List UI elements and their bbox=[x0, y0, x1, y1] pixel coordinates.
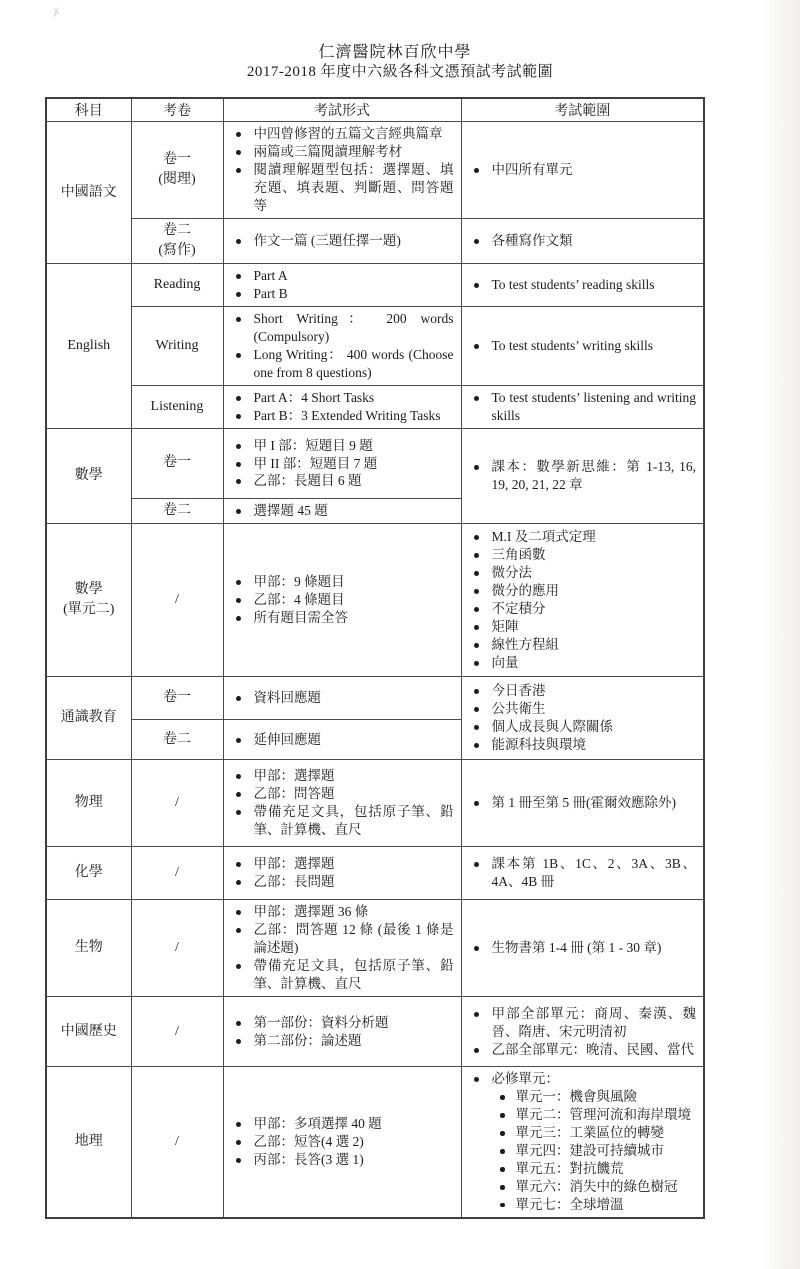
bullet-icon bbox=[462, 232, 492, 244]
scope-item: 公共衛生 bbox=[462, 700, 702, 718]
subject-cell: 生物 bbox=[46, 900, 131, 997]
format-item: 中四曾修習的五篇文言經典篇章 bbox=[224, 125, 459, 143]
scope-item: 甲部全部單元：商周、秦漢、魏晉、隋唐、宋元明清初 bbox=[462, 1005, 702, 1041]
format-item-list: Part APart B bbox=[224, 267, 459, 303]
format-item-text: 甲部：選擇題 36 條 bbox=[254, 903, 459, 921]
format-item: Part B bbox=[224, 285, 459, 303]
scope-item-list: To test students’ reading skills bbox=[462, 276, 702, 294]
scope-item-list: 必修單元：單元一：機會與風險單元二：管理河流和海岸環境單元三：工業區位的轉變單元… bbox=[462, 1070, 702, 1214]
scope-item: 三角函數 bbox=[462, 546, 702, 564]
format-item: Short Writing： 200 words (Compulsory) bbox=[224, 310, 459, 346]
format-cell: 延伸回應題 bbox=[223, 720, 461, 760]
scope-item: 第 1 冊至第 5 冊(霍爾效應除外) bbox=[462, 794, 702, 812]
scope-item-sub: 單元七：全球增溫 bbox=[490, 1196, 702, 1214]
format-cell: 甲部：選擇題乙部：長問題 bbox=[223, 847, 461, 900]
bullet-icon bbox=[490, 1178, 516, 1190]
format-item-list: 第一部份：資料分析題第二部份：論述題 bbox=[224, 1014, 459, 1050]
header-format: 考試形式 bbox=[223, 98, 461, 122]
table-row: 物理/甲部：選擇題乙部：問答題帶備充足文具，包括原子筆、鉛筆、計算機、直尺第 1… bbox=[46, 760, 704, 847]
format-item: Part A bbox=[224, 267, 459, 285]
bullet-icon bbox=[224, 455, 254, 467]
cell-line: 數學 bbox=[49, 580, 129, 600]
bullet-icon bbox=[224, 1115, 254, 1127]
scope-item-text: 微分法 bbox=[492, 564, 702, 582]
bullet-icon bbox=[224, 1014, 254, 1026]
paper-cell: / bbox=[131, 900, 223, 997]
scope-cell: 甲部全部單元：商周、秦漢、魏晉、隋唐、宋元明清初乙部全部單元：晚清、民國、當代 bbox=[461, 997, 704, 1067]
bullet-icon bbox=[462, 564, 492, 576]
scope-cell: 生物書第 1-4 冊 (第 1 - 30 章) bbox=[461, 900, 704, 997]
format-item-text: 選擇題 45 題 bbox=[254, 502, 459, 520]
bullet-icon bbox=[224, 502, 254, 514]
scope-item-text: 今日香港 bbox=[492, 682, 702, 700]
scope-cell: To test students’ reading skills bbox=[461, 264, 704, 307]
scope-item-text: 公共衛生 bbox=[492, 700, 702, 718]
scope-item-sublist: 單元一：機會與風險單元二：管理河流和海岸環境單元三：工業區位的轉變單元四：建設可… bbox=[490, 1088, 702, 1214]
subject-cell: English bbox=[46, 264, 131, 429]
format-item-text: 乙部：問答題 12 條 (最後 1 條是論述題) bbox=[254, 921, 459, 957]
format-cell: 甲部：9 條題目乙部：4 條題目所有題目需全答 bbox=[223, 524, 461, 677]
format-item-list: Short Writing： 200 words (Compulsory)Lon… bbox=[224, 310, 459, 382]
scope-item-sub: 單元三：工業區位的轉變 bbox=[490, 1124, 702, 1142]
format-item-text: 乙部：4 條題目 bbox=[254, 591, 459, 609]
scope-item-text: 微分的應用 bbox=[492, 582, 702, 600]
format-item-list: 選擇題 45 題 bbox=[224, 502, 459, 520]
bullet-icon bbox=[490, 1088, 516, 1100]
scope-item: M.I 及二項式定理 bbox=[462, 528, 702, 546]
bullet-icon bbox=[224, 591, 254, 603]
scope-cell: 今日香港公共衛生個人成長與人際關係能源科技與環境 bbox=[461, 677, 704, 760]
format-item: 選擇題 45 題 bbox=[224, 502, 459, 520]
format-item-text: 閱讀理解題型包括：選擇題、填充題、填表題、判斷題、問答題等 bbox=[254, 161, 459, 215]
bullet-icon bbox=[224, 437, 254, 449]
cell-line: 物理 bbox=[49, 793, 129, 813]
bullet-icon bbox=[224, 803, 254, 815]
table-row: 數學卷一甲 I 部：短題目 9 題甲 II 部：短題目 7 題乙部：長題目 6 … bbox=[46, 428, 704, 498]
paper-cell: 卷二(寫作) bbox=[131, 218, 223, 264]
subject-cell: 數學 bbox=[46, 428, 131, 523]
scope-item-sub-text: 單元四：建設可持續城市 bbox=[516, 1142, 702, 1160]
scope-item-list: 課本第 1B、1C、2、3A、3B、4A、4B 冊 bbox=[462, 855, 702, 891]
table-row: 通識教育卷一資料回應題今日香港公共衛生個人成長與人際關係能源科技與環境 bbox=[46, 677, 704, 720]
table-row: 卷二(寫作)作文一篇 (三題任擇一題)各種寫作文類 bbox=[46, 218, 704, 264]
format-item-text: 甲部：9 條題目 bbox=[254, 573, 459, 591]
table-row: 數學(單元二)/甲部：9 條題目乙部：4 條題目所有題目需全答M.I 及二項式定… bbox=[46, 524, 704, 677]
bullet-icon bbox=[462, 582, 492, 594]
scope-item-sub-text: 單元一：機會與風險 bbox=[516, 1088, 702, 1106]
format-item-text: 所有題目需全答 bbox=[254, 609, 459, 627]
scope-item: 各種寫作文類 bbox=[462, 232, 702, 250]
paper-cell: / bbox=[131, 997, 223, 1067]
header-subject: 科目 bbox=[46, 98, 131, 122]
format-item-text: Part B bbox=[254, 285, 459, 303]
bullet-icon bbox=[462, 1070, 492, 1082]
cell-line: / bbox=[134, 863, 221, 883]
scope-item-text: 課本：數學新思維：第 1-13, 16, 19, 20, 21, 22 章 bbox=[492, 458, 702, 494]
subject-cell: 中國語文 bbox=[46, 122, 131, 264]
format-item: 乙部：4 條題目 bbox=[224, 591, 459, 609]
bullet-icon bbox=[462, 161, 492, 173]
scope-item-text: To test students’ writing skills bbox=[492, 337, 702, 355]
format-item-text: Short Writing： 200 words (Compulsory) bbox=[254, 310, 459, 346]
scope-item-text: 能源科技與環境 bbox=[492, 736, 702, 754]
bullet-icon bbox=[224, 407, 254, 419]
bullet-icon bbox=[224, 389, 254, 401]
scope-item-text: 中四所有單元 bbox=[492, 161, 702, 179]
bullet-icon bbox=[224, 161, 254, 173]
subject-cell: 中國歷史 bbox=[46, 997, 131, 1067]
scope-cell: 中四所有單元 bbox=[461, 122, 704, 219]
scope-item: 微分法 bbox=[462, 564, 702, 582]
bullet-icon bbox=[490, 1106, 516, 1118]
scan-artifact-mark: ✗ bbox=[51, 5, 63, 20]
scope-item-text: 個人成長與人際關係 bbox=[492, 718, 702, 736]
format-item-list: 延伸回應題 bbox=[224, 731, 459, 749]
scope-cell: M.I 及二項式定理三角函數微分法微分的應用不定積分矩陣線性方程組向量 bbox=[461, 524, 704, 677]
cell-line: 卷一 bbox=[134, 688, 221, 708]
scope-item-text: 必修單元： bbox=[492, 1070, 702, 1088]
bullet-icon bbox=[224, 767, 254, 779]
format-item-list: 甲部：選擇題乙部：問答題帶備充足文具，包括原子筆、鉛筆、計算機、直尺 bbox=[224, 767, 459, 839]
format-cell: 甲 I 部：短題目 9 題甲 II 部：短題目 7 題乙部：長題目 6 題 bbox=[223, 428, 461, 498]
format-item: 延伸回應題 bbox=[224, 731, 459, 749]
scope-item: To test students’ listening and writing … bbox=[462, 389, 702, 425]
scope-item: 乙部全部單元：晚清、民國、當代 bbox=[462, 1041, 702, 1059]
bullet-icon bbox=[462, 528, 492, 540]
scope-cell: 第 1 冊至第 5 冊(霍爾效應除外) bbox=[461, 760, 704, 847]
format-item: 甲部：選擇題 bbox=[224, 855, 459, 873]
scope-cell: 課本：數學新思維：第 1-13, 16, 19, 20, 21, 22 章 bbox=[461, 428, 704, 523]
cell-line: / bbox=[134, 938, 221, 958]
cell-line: 通識教育 bbox=[49, 708, 129, 728]
scope-item: 向量 bbox=[462, 654, 702, 672]
scope-item-sub-text: 單元七：全球增溫 bbox=[516, 1196, 702, 1214]
scope-item-text: 甲部全部單元：商周、秦漢、魏晉、隋唐、宋元明清初 bbox=[492, 1005, 702, 1041]
page-title: 仁濟醫院林百欣中學 bbox=[0, 39, 790, 62]
format-item: 第一部份：資料分析題 bbox=[224, 1014, 459, 1032]
format-item-text: 帶備充足文具，包括原子筆、鉛筆、計算機、直尺 bbox=[254, 803, 459, 839]
paper-cell: / bbox=[131, 1067, 223, 1218]
table-row: 生物/甲部：選擇題 36 條乙部：問答題 12 條 (最後 1 條是論述題)帶備… bbox=[46, 900, 704, 997]
format-item-text: 資料回應題 bbox=[254, 689, 459, 707]
scope-cell: To test students’ listening and writing … bbox=[461, 386, 704, 429]
scope-item-text: 三角函數 bbox=[492, 546, 702, 564]
format-item-text: 乙部：問答題 bbox=[254, 785, 459, 803]
scope-item-list: 甲部全部單元：商周、秦漢、魏晉、隋唐、宋元明清初乙部全部單元：晚清、民國、當代 bbox=[462, 1005, 702, 1059]
bullet-icon bbox=[462, 276, 492, 288]
format-item-text: Part B：3 Extended Writing Tasks bbox=[254, 407, 459, 425]
bullet-icon bbox=[224, 310, 254, 322]
bullet-icon bbox=[224, 785, 254, 797]
exam-scope-table: 科目 考卷 考試形式 考試範圍 中國語文卷一(閱理)中四曾修習的五篇文言經典篇章… bbox=[45, 97, 705, 1219]
scope-item-list: 第 1 冊至第 5 冊(霍爾效應除外) bbox=[462, 794, 702, 812]
cell-line: 化學 bbox=[49, 863, 129, 883]
format-cell: 甲部：選擇題 36 條乙部：問答題 12 條 (最後 1 條是論述題)帶備充足文… bbox=[223, 900, 461, 997]
paper-cell: / bbox=[131, 847, 223, 900]
scope-item: 生物書第 1-4 冊 (第 1 - 30 章) bbox=[462, 939, 702, 957]
bullet-icon bbox=[224, 957, 254, 969]
bullet-icon bbox=[224, 285, 254, 297]
scope-item-list: 各種寫作文類 bbox=[462, 232, 702, 250]
cell-line: Writing bbox=[134, 336, 221, 356]
format-item-text: 乙部：長題目 6 題 bbox=[254, 472, 459, 490]
format-item: 資料回應題 bbox=[224, 689, 459, 707]
format-cell: Part A：4 Short TasksPart B：3 Extended Wr… bbox=[223, 386, 461, 429]
format-item-text: 甲 I 部：短題目 9 題 bbox=[254, 437, 459, 455]
scope-item-text: 不定積分 bbox=[492, 600, 702, 618]
scope-item: 中四所有單元 bbox=[462, 161, 702, 179]
table-row: 地理/甲部：多項選擇 40 題乙部：短答(4 選 2)丙部：長答(3 選 1)必… bbox=[46, 1067, 704, 1218]
cell-line: / bbox=[134, 590, 221, 610]
bullet-icon bbox=[462, 1005, 492, 1017]
format-item: 乙部：長題目 6 題 bbox=[224, 472, 459, 490]
scope-item-text: To test students’ listening and writing … bbox=[492, 389, 702, 425]
format-item-list: 甲部：選擇題乙部：長問題 bbox=[224, 855, 459, 891]
scope-item-sub: 單元一：機會與風險 bbox=[490, 1088, 702, 1106]
bullet-icon bbox=[462, 618, 492, 630]
format-cell: 選擇題 45 題 bbox=[223, 498, 461, 523]
table-row: 中國歷史/第一部份：資料分析題第二部份：論述題甲部全部單元：商周、秦漢、魏晉、隋… bbox=[46, 997, 704, 1067]
bullet-icon bbox=[224, 232, 254, 244]
table-row: ListeningPart A：4 Short TasksPart B：3 Ex… bbox=[46, 386, 704, 429]
bullet-icon bbox=[224, 143, 254, 155]
format-item-list: 甲部：選擇題 36 條乙部：問答題 12 條 (最後 1 條是論述題)帶備充足文… bbox=[224, 903, 459, 993]
format-item-list: 資料回應題 bbox=[224, 689, 459, 707]
bullet-icon bbox=[462, 1041, 492, 1053]
bullet-icon bbox=[224, 1133, 254, 1145]
scope-item: To test students’ writing skills bbox=[462, 337, 702, 355]
format-item-text: 甲部：多項選擇 40 題 bbox=[254, 1115, 459, 1133]
scope-cell: 各種寫作文類 bbox=[461, 218, 704, 264]
scope-cell: 必修單元：單元一：機會與風險單元二：管理河流和海岸環境單元三：工業區位的轉變單元… bbox=[461, 1067, 704, 1218]
scope-item-list: 課本：數學新思維：第 1-13, 16, 19, 20, 21, 22 章 bbox=[462, 458, 702, 494]
paper-cell: / bbox=[131, 760, 223, 847]
format-item-text: 延伸回應題 bbox=[254, 731, 459, 749]
scope-item: 課本第 1B、1C、2、3A、3B、4A、4B 冊 bbox=[462, 855, 702, 891]
scope-item-sub-text: 單元六：消失中的綠色樹冠 bbox=[516, 1178, 702, 1196]
scope-item: 不定積分 bbox=[462, 600, 702, 618]
bullet-icon bbox=[224, 472, 254, 484]
format-item: 乙部：問答題 bbox=[224, 785, 459, 803]
paper-cell: / bbox=[131, 524, 223, 677]
format-item-text: 帶備充足文具，包括原子筆、鉛筆、計算機、直尺 bbox=[254, 957, 459, 993]
format-item-text: Part A bbox=[254, 267, 459, 285]
format-item: 第二部份：論述題 bbox=[224, 1032, 459, 1050]
cell-line: Reading bbox=[134, 275, 221, 295]
cell-line: 中國歷史 bbox=[49, 1022, 129, 1042]
subject-cell: 通識教育 bbox=[46, 677, 131, 760]
format-item: 甲部：選擇題 bbox=[224, 767, 459, 785]
cell-line: 卷二 bbox=[134, 221, 221, 241]
scope-item: 課本：數學新思維：第 1-13, 16, 19, 20, 21, 22 章 bbox=[462, 458, 702, 494]
bullet-icon bbox=[224, 903, 254, 915]
bullet-icon bbox=[462, 337, 492, 349]
format-item: 甲 II 部：短題目 7 題 bbox=[224, 455, 459, 473]
bullet-icon bbox=[224, 689, 254, 701]
cell-line: Listening bbox=[134, 397, 221, 417]
bullet-icon bbox=[490, 1196, 516, 1208]
paper-cell: Listening bbox=[131, 386, 223, 429]
format-item: 乙部：長問題 bbox=[224, 873, 459, 891]
cell-line: English bbox=[49, 336, 129, 356]
format-item-list: 甲部：9 條題目乙部：4 條題目所有題目需全答 bbox=[224, 573, 459, 627]
scope-item-sub: 單元五：對抗饑荒 bbox=[490, 1160, 702, 1178]
format-item-list: 中四曾修習的五篇文言經典篇章兩篇或三篇閱讀理解考材閱讀理解題型包括：選擇題、填充… bbox=[224, 125, 459, 215]
format-item-text: 乙部：短答(4 選 2) bbox=[254, 1133, 459, 1151]
format-item: 甲 I 部：短題目 9 題 bbox=[224, 437, 459, 455]
cell-line: / bbox=[134, 1022, 221, 1042]
scope-item: 線性方程組 bbox=[462, 636, 702, 654]
format-item: 閱讀理解題型包括：選擇題、填充題、填表題、判斷題、問答題等 bbox=[224, 161, 459, 215]
scope-item-sub-text: 單元二：管理河流和海岸環境 bbox=[516, 1106, 702, 1124]
bullet-icon bbox=[224, 873, 254, 885]
scope-item-sub-text: 單元三：工業區位的轉變 bbox=[516, 1124, 702, 1142]
paper-cell: 卷一 bbox=[131, 677, 223, 720]
header-scope: 考試範圍 bbox=[461, 98, 704, 122]
scope-item-list: To test students’ writing skills bbox=[462, 337, 702, 355]
scope-item-text: M.I 及二項式定理 bbox=[492, 528, 702, 546]
scope-item-list: M.I 及二項式定理三角函數微分法微分的應用不定積分矩陣線性方程組向量 bbox=[462, 528, 702, 672]
bullet-icon bbox=[490, 1142, 516, 1154]
bullet-icon bbox=[462, 794, 492, 806]
subject-cell: 數學(單元二) bbox=[46, 524, 131, 677]
bullet-icon bbox=[462, 718, 492, 730]
format-item-text: 甲部：選擇題 bbox=[254, 767, 459, 785]
subject-cell: 地理 bbox=[46, 1067, 131, 1218]
scope-item-list: 中四所有單元 bbox=[462, 161, 702, 179]
scope-item-text: 矩陣 bbox=[492, 618, 702, 636]
scanned-page: ✗ 仁濟醫院林百欣中學 2017-2018 年度中六級各科文憑預試考試範圍 科目… bbox=[0, 0, 800, 1269]
scope-item-text: 第 1 冊至第 5 冊(霍爾效應除外) bbox=[492, 794, 702, 812]
paper-cell: 卷一(閱理) bbox=[131, 122, 223, 219]
format-item-text: Part A：4 Short Tasks bbox=[254, 389, 459, 407]
format-cell: 資料回應題 bbox=[223, 677, 461, 720]
format-item: 甲部：選擇題 36 條 bbox=[224, 903, 459, 921]
bullet-icon bbox=[462, 636, 492, 648]
bullet-icon bbox=[224, 731, 254, 743]
cell-line: (寫作) bbox=[134, 241, 221, 261]
format-item-list: 作文一篇 (三題任擇一題) bbox=[224, 232, 459, 250]
scope-item-text: To test students’ reading skills bbox=[492, 276, 702, 294]
format-item-text: Long Writing： 400 words (Choose one from… bbox=[254, 346, 459, 382]
bullet-icon bbox=[224, 267, 254, 279]
bullet-icon bbox=[224, 855, 254, 867]
scope-item-sub: 單元四：建設可持續城市 bbox=[490, 1142, 702, 1160]
format-item-text: 作文一篇 (三題任擇一題) bbox=[254, 232, 459, 250]
scope-item-text: 生物書第 1-4 冊 (第 1 - 30 章) bbox=[492, 939, 702, 957]
format-item: 乙部：短答(4 選 2) bbox=[224, 1133, 459, 1151]
bullet-icon bbox=[490, 1124, 516, 1136]
format-item: 甲部：多項選擇 40 題 bbox=[224, 1115, 459, 1133]
page-subtitle: 2017-2018 年度中六級各科文憑預試考試範圍 bbox=[0, 60, 800, 81]
cell-line: / bbox=[134, 1132, 221, 1152]
bullet-icon bbox=[462, 736, 492, 748]
scope-item-text: 向量 bbox=[492, 654, 702, 672]
bullet-icon bbox=[224, 921, 254, 933]
format-cell: 作文一篇 (三題任擇一題) bbox=[223, 218, 461, 264]
subject-cell: 化學 bbox=[46, 847, 131, 900]
bullet-icon bbox=[462, 600, 492, 612]
cell-line: 卷二 bbox=[134, 730, 221, 750]
format-item: 兩篇或三篇閱讀理解考材 bbox=[224, 143, 459, 161]
cell-line: / bbox=[134, 793, 221, 813]
scope-item-sub: 單元六：消失中的綠色樹冠 bbox=[490, 1178, 702, 1196]
bullet-icon bbox=[224, 346, 254, 358]
paper-cell: Writing bbox=[131, 307, 223, 386]
bullet-icon bbox=[490, 1160, 516, 1172]
bullet-icon bbox=[462, 939, 492, 951]
format-cell: 第一部份：資料分析題第二部份：論述題 bbox=[223, 997, 461, 1067]
exam-table-body: 中國語文卷一(閱理)中四曾修習的五篇文言經典篇章兩篇或三篇閱讀理解考材閱讀理解題… bbox=[46, 122, 704, 1218]
bullet-icon bbox=[462, 389, 492, 401]
header-paper: 考卷 bbox=[131, 98, 223, 122]
scope-item-sub: 單元二：管理河流和海岸環境 bbox=[490, 1106, 702, 1124]
format-item: 丙部：長答(3 選 1) bbox=[224, 1151, 459, 1169]
bullet-icon bbox=[462, 458, 492, 470]
bullet-icon bbox=[224, 609, 254, 621]
format-item-list: 甲部：多項選擇 40 題乙部：短答(4 選 2)丙部：長答(3 選 1) bbox=[224, 1115, 459, 1169]
format-item-text: 甲 II 部：短題目 7 題 bbox=[254, 455, 459, 473]
paper-cell: Reading bbox=[131, 264, 223, 307]
cell-line: 卷一 bbox=[134, 150, 221, 170]
format-item: Long Writing： 400 words (Choose one from… bbox=[224, 346, 459, 382]
format-item-text: 第一部份：資料分析題 bbox=[254, 1014, 459, 1032]
format-item-list: Part A：4 Short TasksPart B：3 Extended Wr… bbox=[224, 389, 459, 425]
scope-item-list: To test students’ listening and writing … bbox=[462, 389, 702, 425]
scope-item-sub-text: 單元五：對抗饑荒 bbox=[516, 1160, 702, 1178]
scope-item-text: 各種寫作文類 bbox=[492, 232, 702, 250]
bullet-icon bbox=[462, 700, 492, 712]
scope-item: 個人成長與人際關係 bbox=[462, 718, 702, 736]
format-item-text: 甲部：選擇題 bbox=[254, 855, 459, 873]
scope-item: To test students’ reading skills bbox=[462, 276, 702, 294]
format-item: Part B：3 Extended Writing Tasks bbox=[224, 407, 459, 425]
scope-item: 必修單元： bbox=[462, 1070, 702, 1088]
cell-line: 卷一 bbox=[134, 453, 221, 473]
scope-cell: To test students’ writing skills bbox=[461, 307, 704, 386]
scope-item: 能源科技與環境 bbox=[462, 736, 702, 754]
format-cell: 甲部：選擇題乙部：問答題帶備充足文具，包括原子筆、鉛筆、計算機、直尺 bbox=[223, 760, 461, 847]
bullet-icon bbox=[462, 654, 492, 666]
cell-line: 中國語文 bbox=[49, 183, 129, 203]
scope-item-list: 生物書第 1-4 冊 (第 1 - 30 章) bbox=[462, 939, 702, 957]
table-header-row: 科目 考卷 考試形式 考試範圍 bbox=[46, 98, 704, 122]
scope-item-list: 今日香港公共衛生個人成長與人際關係能源科技與環境 bbox=[462, 682, 702, 754]
format-item-text: 乙部：長問題 bbox=[254, 873, 459, 891]
format-item: Part A：4 Short Tasks bbox=[224, 389, 459, 407]
format-item: 帶備充足文具，包括原子筆、鉛筆、計算機、直尺 bbox=[224, 957, 459, 993]
format-item-list: 甲 I 部：短題目 9 題甲 II 部：短題目 7 題乙部：長題目 6 題 bbox=[224, 437, 459, 491]
format-item: 甲部：9 條題目 bbox=[224, 573, 459, 591]
scope-cell: 課本第 1B、1C、2、3A、3B、4A、4B 冊 bbox=[461, 847, 704, 900]
format-cell: Short Writing： 200 words (Compulsory)Lon… bbox=[223, 307, 461, 386]
paper-cell: 卷一 bbox=[131, 428, 223, 498]
format-cell: Part APart B bbox=[223, 264, 461, 307]
table-row: 化學/甲部：選擇題乙部：長問題課本第 1B、1C、2、3A、3B、4A、4B 冊 bbox=[46, 847, 704, 900]
format-cell: 中四曾修習的五篇文言經典篇章兩篇或三篇閱讀理解考材閱讀理解題型包括：選擇題、填充… bbox=[223, 122, 461, 219]
bullet-icon bbox=[462, 682, 492, 694]
format-item-text: 第二部份：論述題 bbox=[254, 1032, 459, 1050]
bullet-icon bbox=[224, 1032, 254, 1044]
cell-line: 卷二 bbox=[134, 501, 221, 521]
bullet-icon bbox=[224, 1151, 254, 1163]
scope-item-text: 課本第 1B、1C、2、3A、3B、4A、4B 冊 bbox=[492, 855, 702, 891]
scope-item: 微分的應用 bbox=[462, 582, 702, 600]
format-cell: 甲部：多項選擇 40 題乙部：短答(4 選 2)丙部：長答(3 選 1) bbox=[223, 1067, 461, 1218]
table-row: 中國語文卷一(閱理)中四曾修習的五篇文言經典篇章兩篇或三篇閱讀理解考材閱讀理解題… bbox=[46, 122, 704, 219]
format-item-text: 中四曾修習的五篇文言經典篇章 bbox=[254, 125, 459, 143]
bullet-icon bbox=[462, 855, 492, 867]
